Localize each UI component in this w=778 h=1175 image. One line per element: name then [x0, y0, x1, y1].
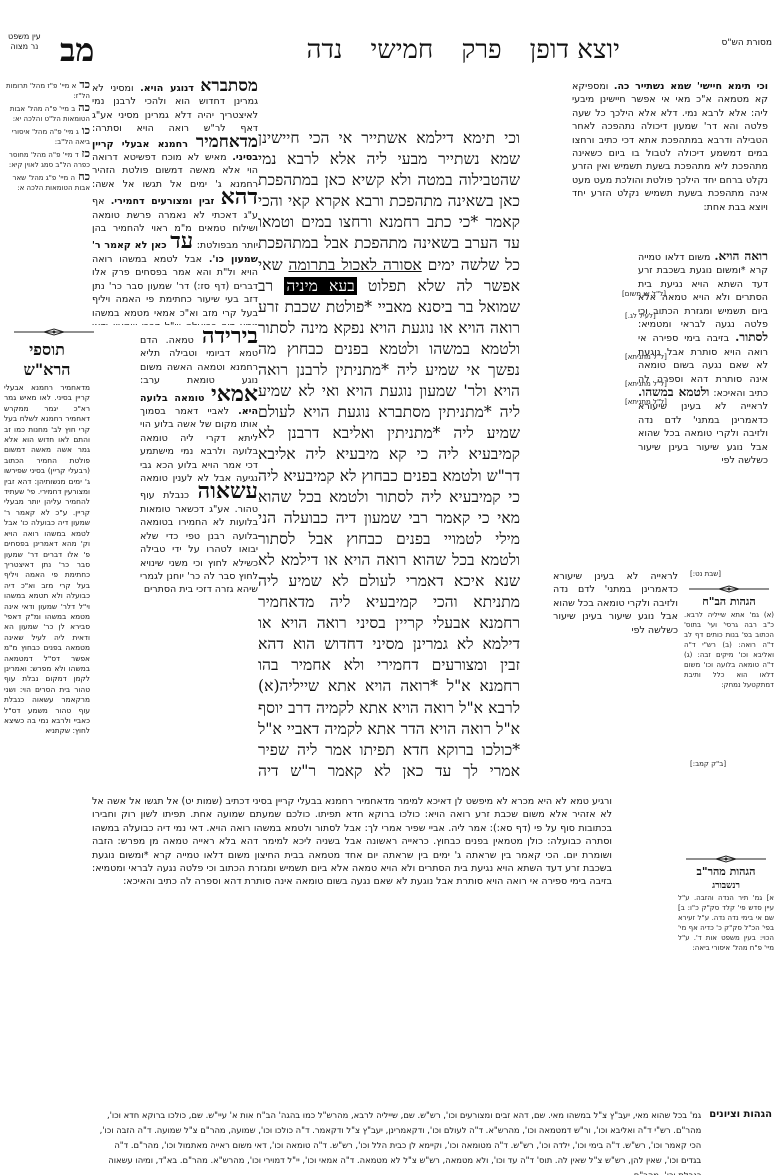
- ein-mishpat-letter: כח: [78, 170, 90, 183]
- tosafot-harosh-text: מדאחמיר רחמנא אבעלי קריין בסיני. לאו מאי…: [4, 383, 90, 1078]
- rashi-text: לראייה לא בעינן שיעורא כדאמרינן במתני' ל…: [553, 571, 678, 636]
- ein-mishpat-notes: כדא מיי' פ"ז מהל' תרומות הל"ז: כהב מיי' …: [4, 80, 90, 195]
- rashi-dibbur-hamatchil: רואה הויא.: [714, 250, 768, 263]
- masoret-hashas-label: מסורת הש"ס: [722, 38, 773, 48]
- gemara-text: רב שמואל בר ביסנא מאביי *פולטת שכבת זרע …: [258, 277, 520, 780]
- footer-label: הגהות וציונים: [709, 1108, 772, 1175]
- gemara-underlined-text: אסורה לאכול בתרומה: [288, 256, 421, 274]
- footer-hagahot-vetziyunim: הגהות וציונים גמ' בכל שהוא מאי, יעב"ץ צ"…: [16, 1108, 772, 1175]
- hagahot-maharav-box: הגהות מהר"ב רנשבורג א] גמ' תיר הנדה והזב…: [678, 855, 774, 953]
- footer-text: גמ' בכל שהוא מאי, יעב"ץ צ"ל במשהו מאי. ש…: [16, 1108, 701, 1175]
- chapter-title-word: נדה: [307, 35, 343, 65]
- chapter-title-word: יוצא דופן: [530, 35, 620, 65]
- ein-mishpat-letter: כה: [78, 101, 90, 114]
- ein-mishpat-letter: כו: [82, 124, 90, 137]
- masoret-ref: [שבת נט:]: [690, 570, 721, 578]
- rashi-text: בזיבה בימי ספירה אי רואה הויא סותרת אבל …: [123, 876, 612, 887]
- tosafot-commentary: מסתברא דנוגע הויא. ומסיני לא גמרינן דחדו…: [92, 80, 258, 325]
- chapter-title: יוצא דופן פרק חמישי נדה: [307, 35, 620, 65]
- ein-mishpat-label: עין משפט נר מצוה: [8, 32, 41, 52]
- rashi-commentary-lower: ורגיע טמא לא היא מכרא לא מיפשט לן דאיכא …: [92, 795, 612, 1075]
- tosafot-harosh: תוספי הרא"ש מדאחמיר רחמנא אבעלי קריין בס…: [4, 338, 90, 1078]
- tosafot-harosh-title: תוספי הרא"ש: [4, 340, 90, 380]
- ein-mishpat-letter: כד: [79, 78, 90, 91]
- masoret-ref: [לעיל לג.]: [625, 312, 656, 320]
- footer-line: מהר"ם. רש"י ד"ה ואליבא וכו', ור"ש דמטמאה…: [16, 1123, 701, 1138]
- ein-mishpat-note: כהב מיי' פ"ה מהל' אבות הטומאות הל"ט והלכ…: [4, 103, 90, 124]
- tosafot-heading-mistavra: מסתברא: [200, 80, 258, 96]
- chapter-title-word: חמישי: [370, 35, 433, 65]
- tosafot-big-word: עשאוה: [198, 478, 258, 504]
- rashi-dibbur-hamatchil: וכי תימא חיישי' שמא נשתייר כה.: [614, 81, 768, 92]
- hagahot-maharav-title: הגהות מהר"ב: [678, 865, 774, 878]
- ein-mishpat-note: כחה מיי' פ"ג מהל' שאר אבות הטומאות הלכה …: [4, 172, 90, 193]
- rashi-commentary-continued: רואה הויא. משום דלאו טמייה קרא *ומשום נו…: [638, 250, 768, 570]
- tosafot-text: כנבלת עוף טהור. אע"ג דכשאר טומאות בלועות…: [140, 490, 258, 595]
- rashi-dibbur-hamatchil: לסתור.: [735, 330, 768, 344]
- ein-mishpat-letter: כז: [82, 147, 90, 160]
- hagahot-habach-text: (א) גמ' אתא שייליה לרבא. כ"ב רבה גרסי' ו…: [684, 610, 774, 690]
- ein-mishpat-note: כזד מיי' פ"ה מהל' מחוסר כפרה הל"ב סמג לא…: [4, 149, 90, 170]
- rashi-text: לראייה לא בעינן שיעורא כדאמרינן במתני' ל…: [638, 401, 768, 466]
- masoret-ref: [ל"ל מתניתא]: [625, 398, 667, 406]
- tosafot-commentary-continued: בירידה טמאה. הדם טמא דביומי וטבילה תליא …: [140, 330, 258, 750]
- footer-line: כנבלת וכו', מהר"ם.: [16, 1168, 701, 1175]
- page-number: מב: [60, 31, 94, 69]
- masoret-ref: [ל"ל מתניתא]: [625, 380, 667, 388]
- hagahot-habach-box: הגהות הב"ח (א) גמ' אתא שייליה לרבא. כ"ב …: [684, 585, 774, 690]
- ein-mishpat-label-line2: נר מצוה: [8, 42, 41, 52]
- chapter-title-word: פרק: [461, 35, 501, 65]
- gemara-title-block: [258, 80, 518, 120]
- gemara-main-text: וכי תימא דילמא אשתייר אי הכי חיישינן שמא…: [258, 128, 520, 780]
- tosafot-big-word: אמאי: [211, 381, 258, 407]
- masoret-ref: [ל"ל או משום]: [622, 290, 666, 298]
- footer-line: גמ' בכל שהוא מאי, יעב"ץ צ"ל במשהו מאי. ש…: [16, 1108, 701, 1123]
- gemara-highlighted-phrase[interactable]: בעא מיניה: [284, 277, 356, 295]
- hagahot-habach-title: הגהות הב"ח: [684, 595, 774, 608]
- rashi-text: ומספיקא קא מטמאה א"כ מאי אי אפשר חיישינן…: [572, 81, 768, 213]
- footer-line: בגדים וכו', שאין להן, רש"ש צ"ל שאין לה. …: [16, 1153, 701, 1168]
- masoret-ref: [ל"ל מתניתא]: [625, 353, 667, 361]
- tosafot-dibbur-hamatchil: זבין ומצורעים דחמירי.: [111, 196, 215, 207]
- ornamental-divider: [14, 328, 94, 336]
- tosafot-dibbur-hamatchil: דנוגע הויא.: [140, 83, 194, 94]
- hagahot-maharav-subtitle: רנשבורג: [678, 880, 774, 891]
- ein-mishpat-note: כדא מיי' פ"ז מהל' תרומות הל"ז:: [4, 80, 90, 101]
- tosafot-big-word: עד: [170, 228, 193, 254]
- masoret-ref: [ב"ק קמב:]: [690, 760, 726, 768]
- footer-line: הכי קאמר וכו', רש"ש. ד"ה בימי וכו', ילדה…: [16, 1138, 701, 1153]
- hagahot-maharav-text: א] גמ' תיר הנדה והזבה. ע"ל עיין סדש פי' …: [678, 893, 774, 953]
- page-header: יוצא דופן פרק חמישי נדה מב: [60, 32, 620, 68]
- tosafot-big-word: דהא: [221, 184, 258, 210]
- ein-mishpat-label-line1: עין משפט: [8, 32, 41, 42]
- rashi-commentary: וכי תימא חיישי' שמא נשתייר כה. ומספיקא ק…: [572, 80, 768, 250]
- ornamental-divider: [678, 855, 774, 863]
- tosafot-heading: מדאחמיר: [196, 132, 258, 152]
- ein-mishpat-note: כוג מיי' פ"ה מהל' איסורי ביאה הל"ב:: [4, 126, 90, 147]
- tosafot-big-word: בירידה: [202, 330, 258, 349]
- tosafot-text: לאביי דאמר בסמוך אותו מקום של אשה בלוע ה…: [140, 406, 258, 484]
- ornamental-divider: [684, 585, 774, 593]
- gemara-text: וכי תימא דילמא אשתייר אי הכי חיישינן שמא…: [258, 129, 520, 274]
